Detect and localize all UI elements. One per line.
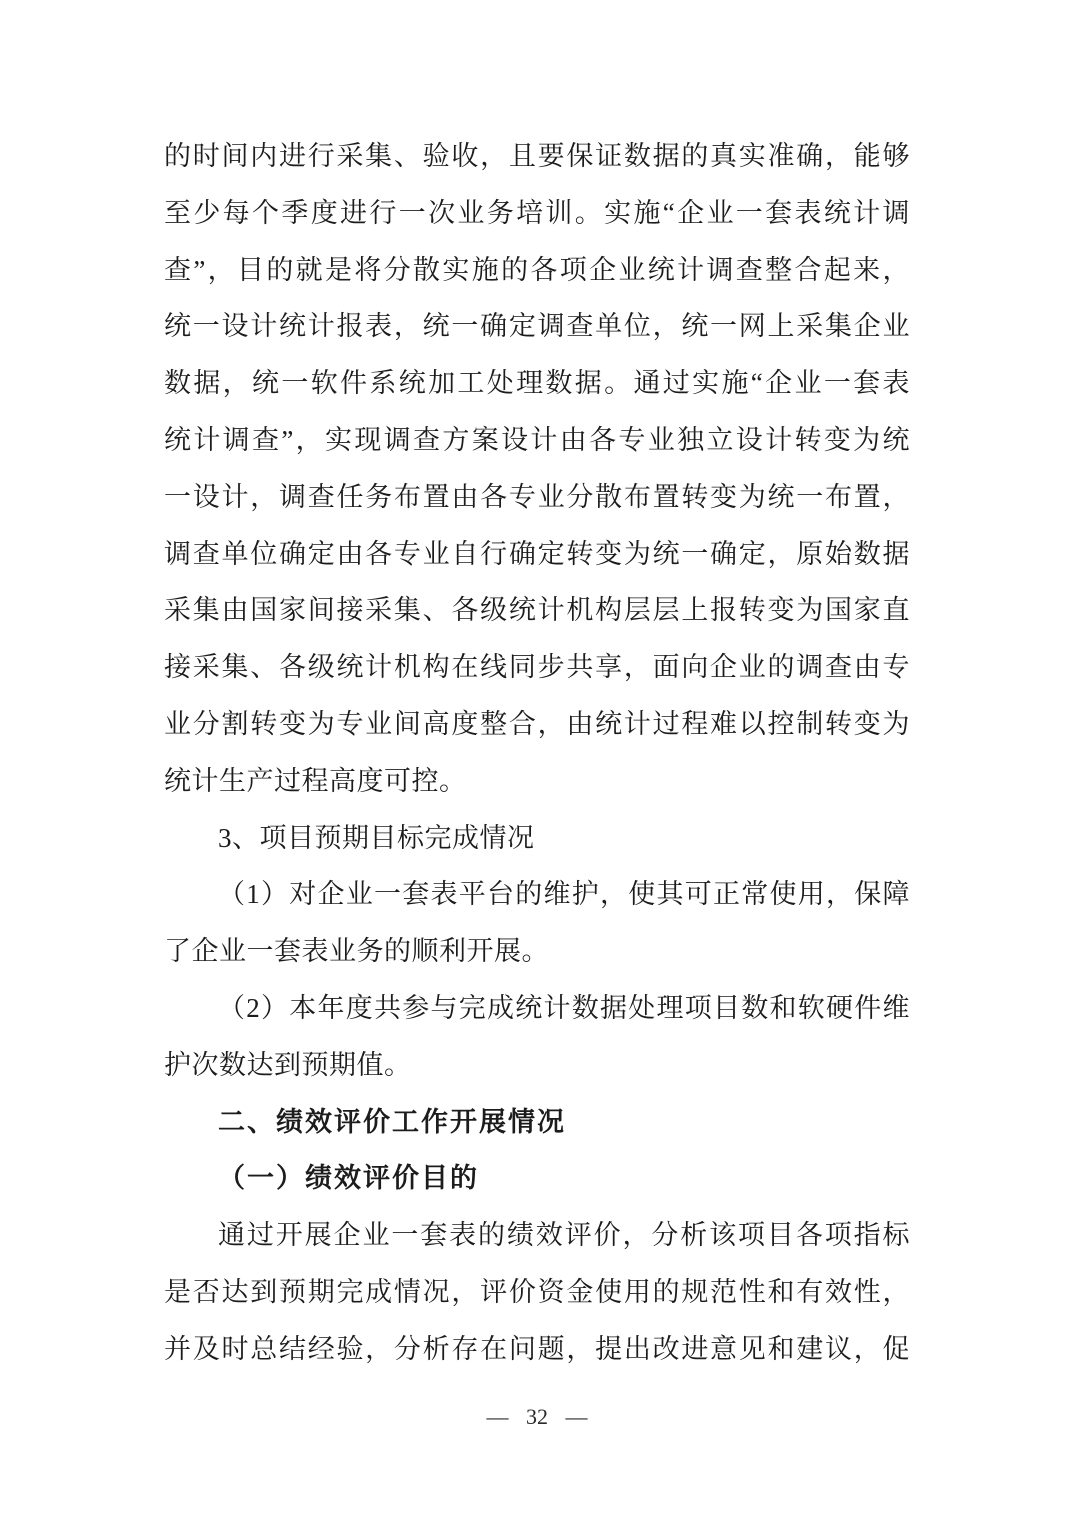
page-number: — 32 — — [0, 1402, 1074, 1432]
body-line: 业分割转变为专业间高度整合，由统计过程难以控制转变为 — [164, 696, 910, 753]
body-line-paragraph-end: 了企业一套表业务的顺利开展。 — [164, 923, 910, 980]
body-line: 至少每个季度进行一次业务培训。实施“企业一套表统计调 — [164, 185, 910, 242]
body-line-paragraph-start: 通过开展企业一套表的绩效评价，分析该项目各项指标 — [164, 1207, 910, 1264]
body-line: 统一设计统计报表，统一确定调查单位，统一网上采集企业 — [164, 298, 910, 355]
body-line: 并及时总结经验，分析存在问题，提出改进意见和建议，促 — [164, 1321, 910, 1378]
body-line: 是否达到预期完成情况，评价资金使用的规范性和有效性， — [164, 1264, 910, 1321]
body-line-paragraph-start: （2）本年度共参与完成统计数据处理项目数和软硬件维 — [164, 980, 910, 1037]
body-line: 查”，目的就是将分散实施的各项企业统计调查整合起来， — [164, 242, 910, 299]
body-line: 一设计，调查任务布置由各专业分散布置转变为统一布置， — [164, 469, 910, 526]
body-line: 的时间内进行采集、验收，且要保证数据的真实准确，能够 — [164, 128, 910, 185]
document-page: 的时间内进行采集、验收，且要保证数据的真实准确，能够 至少每个季度进行一次业务培… — [0, 0, 1074, 1520]
body-line-paragraph-start: （1）对企业一套表平台的维护，使其可正常使用，保障 — [164, 866, 910, 923]
body-line-paragraph-end: 护次数达到预期值。 — [164, 1037, 910, 1094]
section-heading: 二、绩效评价工作开展情况 — [164, 1094, 910, 1151]
subsection-heading: （一）绩效评价目的 — [164, 1150, 910, 1207]
document-body: 的时间内进行采集、验收，且要保证数据的真实准确，能够 至少每个季度进行一次业务培… — [164, 128, 910, 1378]
body-line-paragraph-end: 统计生产过程高度可控。 — [164, 753, 910, 810]
body-line: 接采集、各级统计机构在线同步共享，面向企业的调查由专 — [164, 639, 910, 696]
body-line: 统计调查”，实现调查方案设计由各专业独立设计转变为统 — [164, 412, 910, 469]
body-line: 调查单位确定由各专业自行确定转变为统一确定，原始数据 — [164, 526, 910, 583]
body-line: 采集由国家间接采集、各级统计机构层层上报转变为国家直 — [164, 582, 910, 639]
numbered-subheading: 3、项目预期目标完成情况 — [164, 810, 910, 867]
body-line: 数据，统一软件系统加工处理数据。通过实施“企业一套表 — [164, 355, 910, 412]
